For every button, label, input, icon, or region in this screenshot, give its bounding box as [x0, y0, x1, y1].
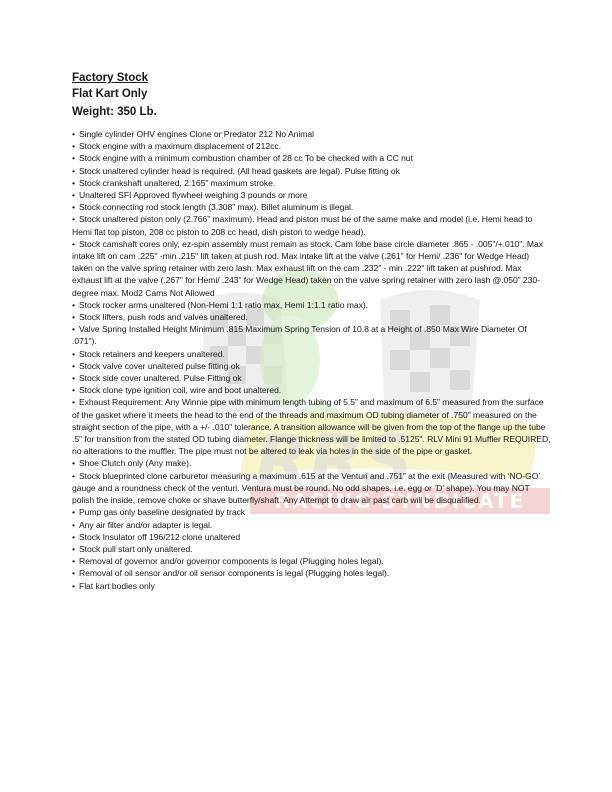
rule-text: Stock crankshaft unaltered, 2.165” maxim… [79, 178, 275, 188]
rule-item: •Stock engine with a minimum combustion … [72, 152, 552, 164]
bullet-icon: • [72, 506, 79, 518]
bullet-icon: • [72, 372, 79, 384]
rule-text: Stock pull start only unaltered. [79, 544, 193, 554]
rule-item: •Valve Spring Installed Height Minimum .… [72, 323, 552, 347]
bullet-icon: • [72, 470, 79, 482]
rules-list: •Single cylinder OHV engines Clone or Pr… [72, 128, 552, 592]
rule-item: •Stock side cover unaltered. Pulse Fitti… [72, 372, 552, 384]
bullet-icon: • [72, 311, 79, 323]
rule-text: Removal of oil sensor and/or oil sensor … [79, 568, 389, 578]
rule-text: Any air filter and/or adapter is legal. [79, 520, 212, 530]
rule-item: •Unaltered SFI Approved flywheel weighin… [72, 189, 552, 201]
rule-text: Shoe Clutch only (Any make). [79, 458, 191, 468]
rule-text: Stock unaltered cylinder head is require… [79, 166, 400, 176]
rule-text: Exhaust Requirement: Any Winnie pipe wit… [72, 397, 550, 456]
rule-text: Stock lifters, push rods and valves unal… [79, 312, 248, 322]
rule-item: •Shoe Clutch only (Any make). [72, 457, 552, 469]
bullet-icon: • [72, 360, 79, 372]
rule-text: Stock connecting rod stock length (3.308… [79, 202, 353, 212]
rule-text: Unaltered SFI Approved flywheel weighing… [79, 190, 307, 200]
rule-text: Stock unaltered piston only (2.766” maxi… [72, 214, 532, 236]
rule-item: •Stock pull start only unaltered. [72, 543, 552, 555]
bullet-icon: • [72, 457, 79, 469]
rule-item: •Exhaust Requirement: Any Winnie pipe wi… [72, 396, 552, 457]
rule-item: •Stock Insulator off 196/212 clone unalt… [72, 531, 552, 543]
rule-text: Stock clone type ignition coil, wire and… [79, 385, 281, 395]
rule-text: Stock engine with a maximum displacement… [79, 141, 281, 151]
bullet-icon: • [72, 201, 79, 213]
bullet-icon: • [72, 213, 79, 225]
rule-item: •Stock unaltered cylinder head is requir… [72, 165, 552, 177]
rule-text: Flat kart bodies only [79, 581, 155, 591]
bullet-icon: • [72, 189, 79, 201]
bullet-icon: • [72, 519, 79, 531]
bullet-icon: • [72, 177, 79, 189]
rule-item: •Stock retainers and keepers unaltered. [72, 348, 552, 360]
rule-text: Pump gas only baseline designated by tra… [79, 507, 245, 517]
rule-text: Removal of governor and/or governor comp… [79, 556, 384, 566]
weight-requirement: Weight: 350 Lb. [72, 104, 552, 120]
bullet-icon: • [72, 580, 79, 592]
rule-text: Stock camshaft cores only, ez-spin assem… [72, 239, 543, 298]
bullet-icon: • [72, 152, 79, 164]
rule-item: •Pump gas only baseline designated by tr… [72, 506, 552, 518]
rule-text: Stock rocker arms unaltered (Non-Hemi 1:… [79, 300, 368, 310]
rule-text: Stock valve cover unaltered pulse fittin… [79, 361, 240, 371]
rule-item: •Stock blueprinted clone carburetor meas… [72, 470, 552, 507]
rule-item: •Removal of governor and/or governor com… [72, 555, 552, 567]
rules-document: Factory Stock Flat Kart Only Weight: 350… [72, 70, 552, 592]
bullet-icon: • [72, 531, 79, 543]
rule-item: •Single cylinder OHV engines Clone or Pr… [72, 128, 552, 140]
bullet-icon: • [72, 299, 79, 311]
bullet-icon: • [72, 543, 79, 555]
bullet-icon: • [72, 396, 79, 408]
rule-text: Single cylinder OHV engines Clone or Pre… [79, 129, 314, 139]
rule-text: Stock engine with a minimum combustion c… [79, 153, 413, 163]
bullet-icon: • [72, 140, 79, 152]
rule-item: •Stock clone type ignition coil, wire an… [72, 384, 552, 396]
rule-item: •Stock valve cover unaltered pulse fitti… [72, 360, 552, 372]
bullet-icon: • [72, 567, 79, 579]
class-subheading: Flat Kart Only [72, 86, 552, 102]
rule-item: •Stock unaltered piston only (2.766” max… [72, 213, 552, 237]
bullet-icon: • [72, 323, 79, 335]
rule-item: •Stock engine with a maximum displacemen… [72, 140, 552, 152]
rule-item: •Stock camshaft cores only, ez-spin asse… [72, 238, 552, 299]
rule-item: •Stock lifters, push rods and valves una… [72, 311, 552, 323]
rule-text: Stock Insulator off 196/212 clone unalte… [79, 532, 240, 542]
bullet-icon: • [72, 238, 79, 250]
bullet-icon: • [72, 165, 79, 177]
rule-item: •Removal of oil sensor and/or oil sensor… [72, 567, 552, 579]
rule-text: Stock side cover unaltered. Pulse Fittin… [79, 373, 242, 383]
rule-item: •Flat kart bodies only [72, 580, 552, 592]
bullet-icon: • [72, 384, 79, 396]
rule-item: •Stock crankshaft unaltered, 2.165” maxi… [72, 177, 552, 189]
class-heading: Factory Stock [72, 70, 552, 86]
rule-item: •Stock rocker arms unaltered (Non-Hemi 1… [72, 299, 552, 311]
bullet-icon: • [72, 348, 79, 360]
rule-text: Valve Spring Installed Height Minimum .8… [72, 324, 527, 346]
bullet-icon: • [72, 128, 79, 140]
rule-item: •Stock connecting rod stock length (3.30… [72, 201, 552, 213]
rule-text: Stock retainers and keepers unaltered. [79, 349, 225, 359]
rule-item: •Any air filter and/or adapter is legal. [72, 519, 552, 531]
bullet-icon: • [72, 555, 79, 567]
rule-text: Stock blueprinted clone carburetor measu… [72, 471, 540, 505]
